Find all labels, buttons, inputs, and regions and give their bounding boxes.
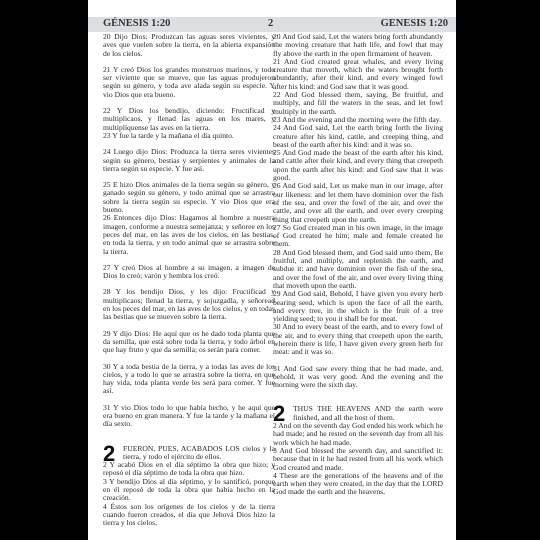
verse-es-1-31: 31 Y vio Dios todo lo que había hecho, y… (103, 404, 275, 429)
verse-es-1-26: 26 Entonces dijo Dios: Hagamos al hombre… (103, 214, 275, 255)
page-number: 2 (268, 18, 273, 29)
verse-en-2-1: THUS THE HEAVENS AND the earth were fini… (293, 405, 443, 422)
verse-es-1-21: 21 Y creó Dios los grandes monstruos mar… (103, 66, 275, 99)
verse-es-1-28: 28 Y los bendijo Dios, y les dijo: Fruct… (103, 288, 275, 321)
verse-es-1-27: 27 Y creó Dios al hombre a su imagen, a … (103, 264, 275, 281)
verse-es-2-4: 4 Éstos son los orígenes de los cielos y… (103, 503, 275, 528)
verse-en-2-2: 2 And on the seventh day God ended his w… (273, 422, 443, 447)
verse-en-2-3: 3 And God blessed the seventh day, and s… (273, 447, 443, 472)
verse-en-1-26: 26 And God said, Let us make man in our … (273, 182, 443, 223)
verse-en-1-28: 28 And God blessed them, and God said un… (273, 249, 443, 290)
verse-en-1-21: 21 And God created great whales, and eve… (273, 58, 443, 91)
spanish-column: 20 Dijo Dios: Produzcan las aguas seres … (103, 33, 275, 528)
verse-es-1-20: 20 Dijo Dios: Produzcan las aguas seres … (103, 33, 275, 58)
verse-es-1-23: 23 Y fue la tarde y la mañana el día qui… (103, 132, 275, 140)
running-header: GÉNESIS 1:20 2 GENESIS 1:20 (88, 17, 456, 32)
verse-en-1-22: 22 And God blessed them, saying, Be frui… (273, 91, 443, 116)
english-column: 20 And God said, Let the waters bring fo… (273, 33, 443, 497)
verse-es-2-3: 3 Y bendijo Dios al día séptimo, y lo sa… (103, 478, 275, 503)
verse-es-2-1: FUERON, PUES, ACABADOS LOS cielos y la t… (123, 445, 275, 462)
verse-en-2-4: 4 These are the generations of the heave… (273, 472, 443, 497)
verse-en-1-27: 27 So God created man in his own image, … (273, 224, 443, 249)
chapter-number-en: 2 (273, 404, 285, 424)
verse-es-1-24: 24 Luego dijo Dios: Produzca la tierra s… (103, 148, 275, 173)
verse-en-1-31: 31 And God saw every thing that he had m… (273, 365, 443, 390)
verse-es-1-30: 30 Y a toda bestia de la tierra, y a tod… (103, 363, 275, 396)
verse-es-2-2: 2 Y acabó Dios en el día séptimo la obra… (103, 461, 275, 478)
bible-page: GÉNESIS 1:20 2 GENESIS 1:20 20 Dijo Dios… (88, 0, 456, 540)
chapter-number-es: 2 (103, 444, 115, 464)
verse-en-1-29: 29 And God said, Behold, I have given yo… (273, 290, 443, 323)
verse-es-1-29: 29 Y dijo Dios: He aquí que os he dado t… (103, 330, 275, 355)
verse-en-1-25: 25 And God made the beast of the earth a… (273, 149, 443, 182)
verse-en-1-20: 20 And God said, Let the waters bring fo… (273, 33, 443, 58)
header-right-reference: GENESIS 1:20 (381, 18, 448, 29)
verse-en-1-30: 30 And to every beast of the earth, and … (273, 323, 443, 356)
chapter-2-en: 2 THUS THE HEAVENS AND the earth were fi… (273, 405, 443, 422)
chapter-2-es: 2 FUERON, PUES, ACABADOS LOS cielos y la… (103, 445, 275, 462)
verse-es-1-25: 25 E hizo Dios animales de la tierra seg… (103, 181, 275, 214)
verse-es-1-22: 22 Y Dios los bendijo, diciendo: Fructif… (103, 107, 275, 132)
header-left-reference: GÉNESIS 1:20 (103, 18, 170, 29)
verse-en-1-24: 24 And God said, Let the earth bring for… (273, 124, 443, 149)
